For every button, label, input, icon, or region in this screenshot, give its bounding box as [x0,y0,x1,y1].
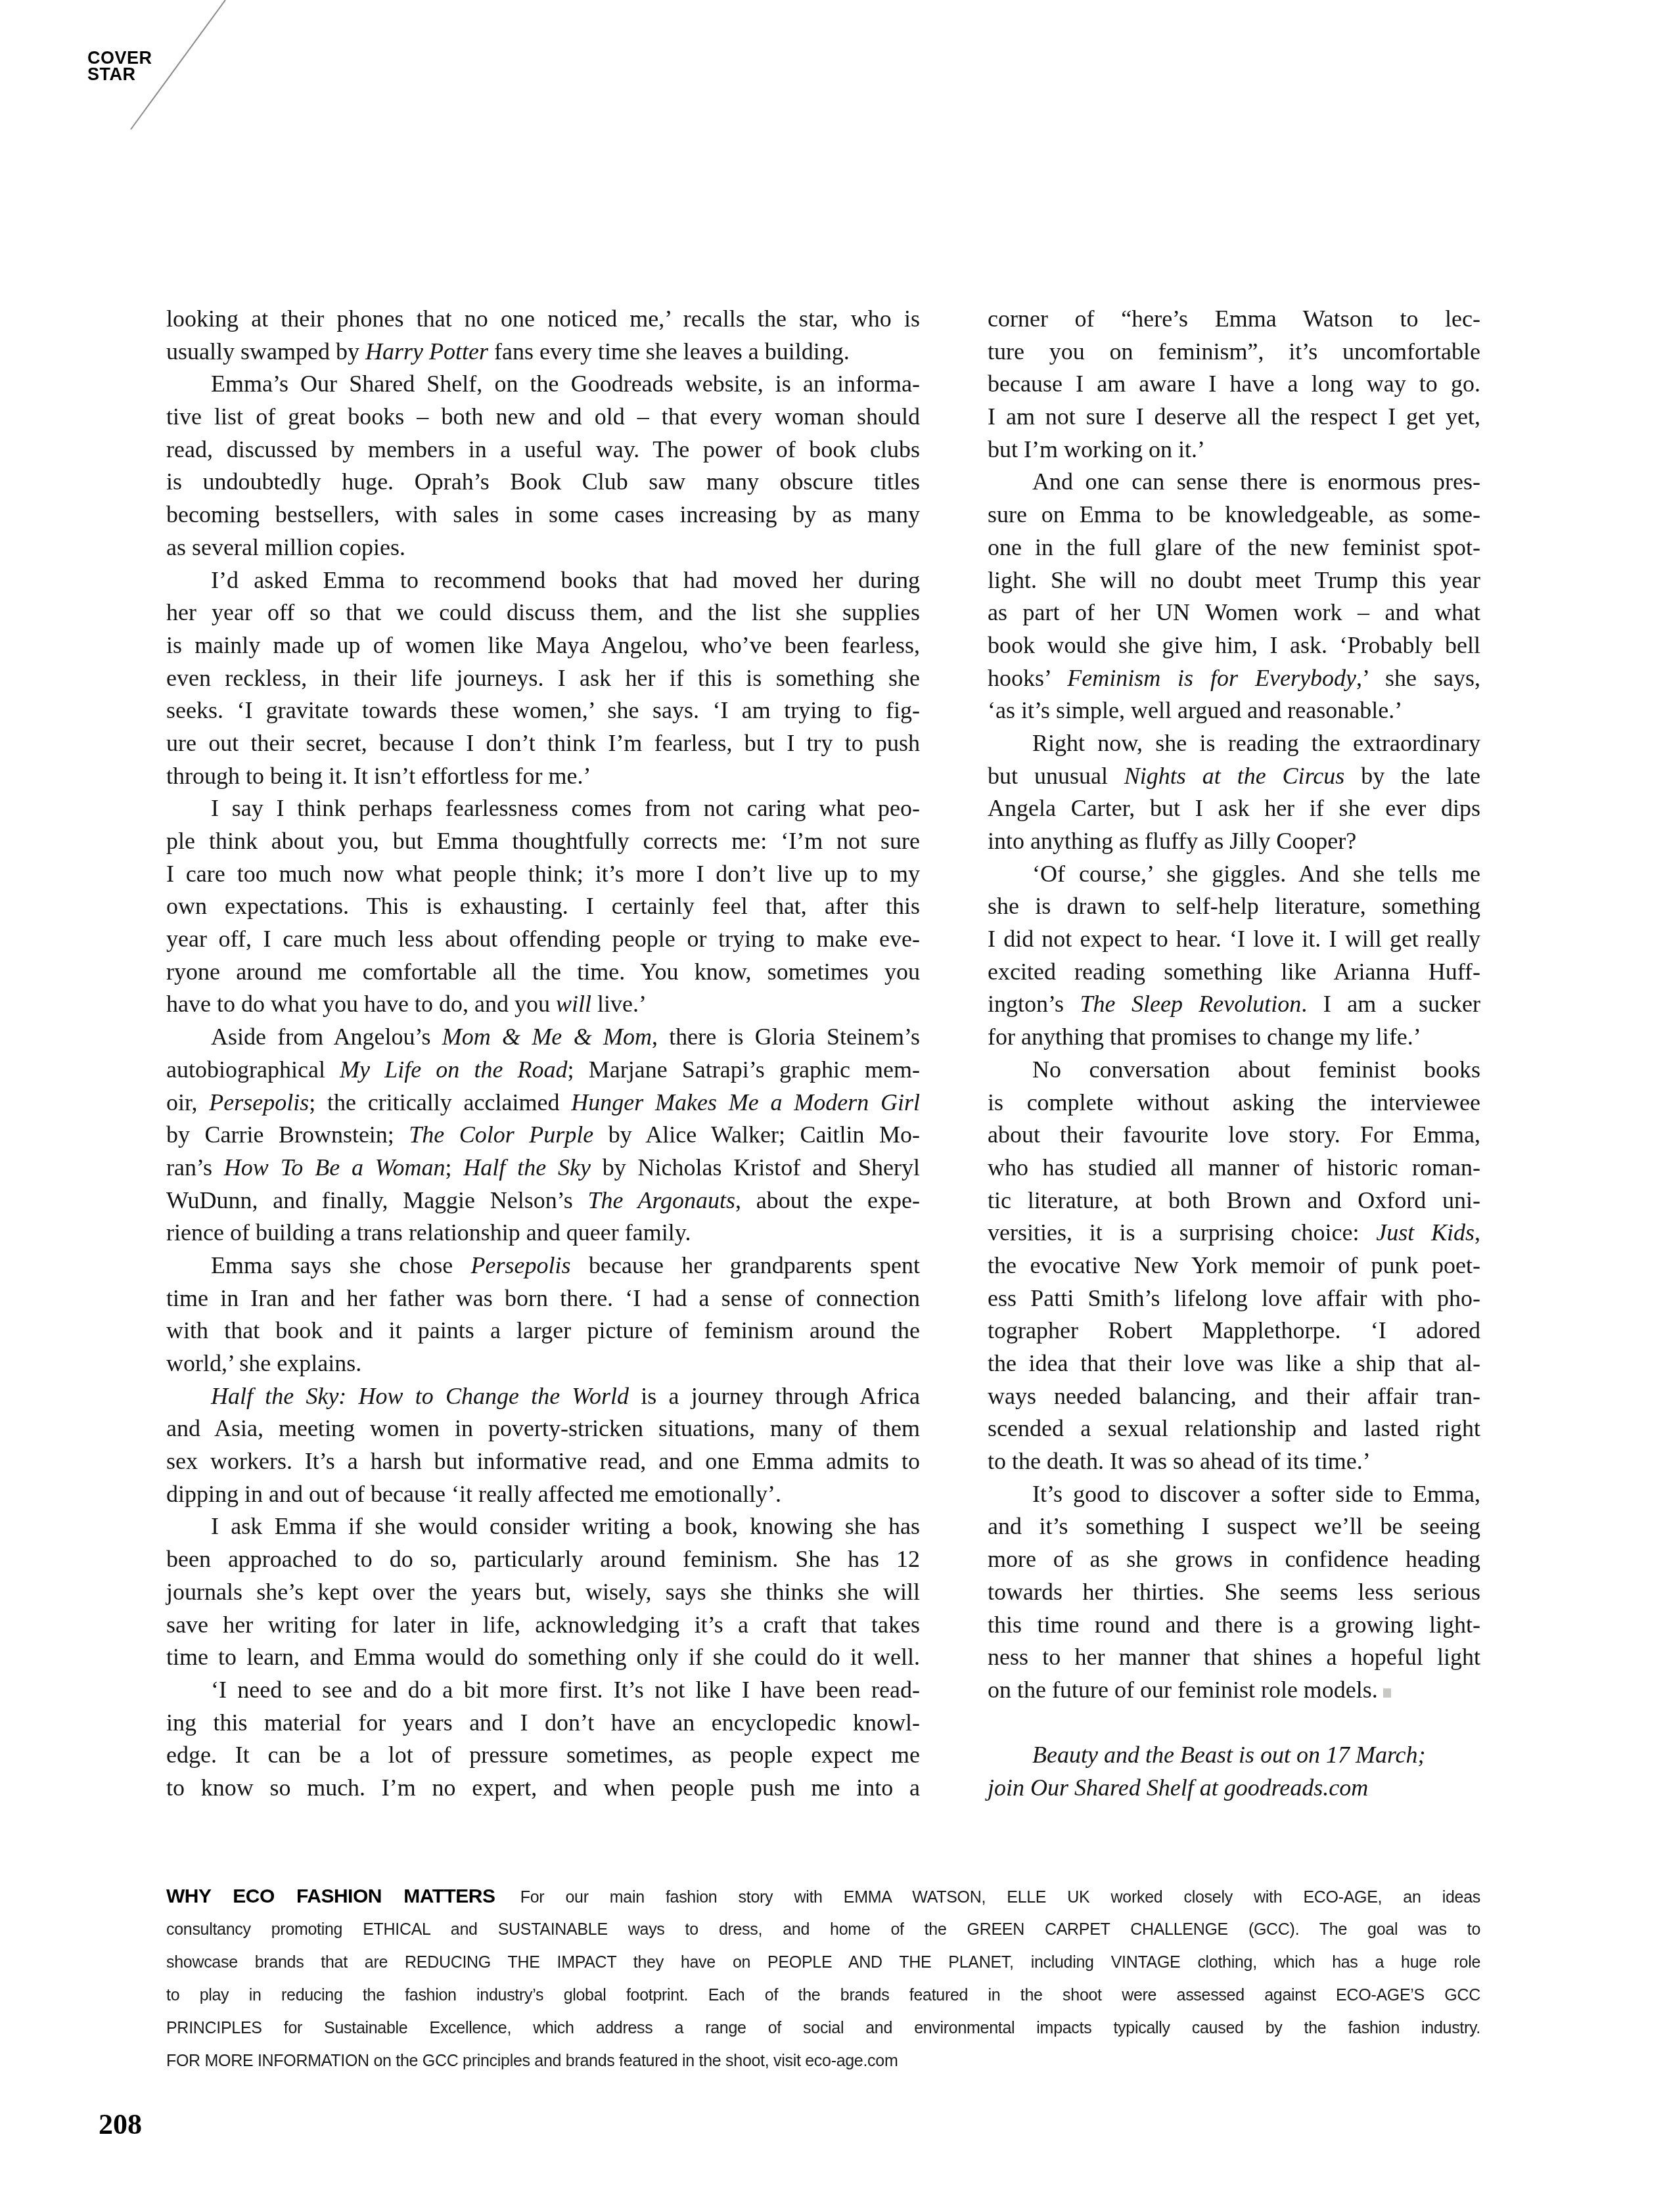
eco-line: WHY ECO FASHION MATTERS For our main fas… [166,1880,1480,1913]
article-line: ran’s How To Be a Woman; Half the Sky by… [166,1152,920,1185]
book-title: Persepolis [471,1252,571,1278]
article-line: because I am aware I have a long way to … [988,368,1480,401]
article-line: ure out their secret, because I don’t th… [166,727,920,760]
article-line: through to being it. It isn’t effortless… [166,760,920,793]
article-line: towards her thirties. She seems less ser… [988,1576,1480,1609]
article-line: she is drawn to self-help literature, so… [988,890,1480,923]
article-line: It’s good to discover a softer side to E… [988,1478,1480,1511]
book-title: My Life on the Road [340,1056,568,1083]
book-title: Half the Sky [463,1154,591,1181]
article-line: on the future of our feminist role model… [988,1674,1480,1707]
book-title: Half the Sky: How to Change the World [211,1383,629,1409]
article-line: as several million copies. [166,531,920,564]
article-line: usually swamped by Harry Potter fans eve… [166,336,920,369]
article-line: with that book and it paints a larger pi… [166,1315,920,1347]
article-line: I did not expect to hear. ‘I love it. I … [988,923,1480,956]
article-line: been approached to do so, particularly a… [166,1543,920,1576]
article-line: save her writing for later in life, ackn… [166,1609,920,1642]
article-line: by Carrie Brownstein; The Color Purple b… [166,1119,920,1152]
article-line: tic literature, at both Brown and Oxford… [988,1185,1480,1217]
article-line: ‘as it’s simple, well argued and reasona… [988,694,1480,727]
article-line: autobiographical My Life on the Road; Ma… [166,1054,920,1087]
article-line: year off, I care much less about offendi… [166,923,920,956]
article-line: ess Patti Smith’s lifelong love affair w… [988,1282,1480,1315]
article-line: is complete without asking the interview… [988,1087,1480,1119]
article-line: light. She will no doubt meet Trump this… [988,564,1480,597]
article-line: seeks. ‘I gravitate towards these women,… [166,694,920,727]
eco-line: consultancy promoting ETHICAL and SUSTAI… [166,1913,1480,1946]
article-line: the evocative New York memoir of punk po… [988,1250,1480,1282]
article-line: I care too much now what people think; i… [166,858,920,891]
article-line: looking at their phones that no one noti… [166,303,920,336]
article-line: who has studied all manner of historic r… [988,1152,1480,1185]
article-line: more of as she grows in confidence headi… [988,1543,1480,1576]
article-line: for anything that promises to change my … [988,1021,1480,1054]
article-line: edge. It can be a lot of pressure someti… [166,1739,920,1772]
article-line: ‘Of course,’ she giggles. And she tells … [988,858,1480,891]
book-title: Beauty and the Beast is out on 17 March; [1032,1742,1426,1768]
article-line: corner of “here’s Emma Watson to lec- [988,303,1480,336]
eco-sidebar-title: WHY ECO FASHION MATTERS [166,1885,495,1907]
article-line: versities, it is a surprising choice: Ju… [988,1217,1480,1250]
book-title: Feminism is for Everybody [1067,665,1356,691]
article-line: time to learn, and Emma would do somethi… [166,1641,920,1674]
eco-line: PRINCIPLES for Sustainable Excellence, w… [166,2012,1480,2044]
article-line: ways needed balancing, and their affair … [988,1380,1480,1413]
article-line: the idea that their love was like a ship… [988,1347,1480,1380]
article-right-column: corner of “here’s Emma Watson to lec-tur… [988,303,1480,1805]
eco-line: showcase brands that are REDUCING THE IM… [166,1946,1480,1979]
eco-fashion-sidebar: WHY ECO FASHION MATTERS For our main fas… [166,1880,1480,2077]
article-line: to know so much. I’m no expert, and when… [166,1772,920,1805]
article-line: I say I think perhaps fearlessness comes… [166,792,920,825]
article-left-column: looking at their phones that no one noti… [166,303,920,1805]
book-title: Mom & Me & Mom [442,1024,652,1050]
article-line: one in the full glare of the new feminis… [988,531,1480,564]
article-line: world,’ she explains. [166,1347,920,1380]
book-title: How To Be a Woman [224,1154,446,1181]
article-line: to the death. It was so ahead of its tim… [988,1445,1480,1478]
article-line: time in Iran and her father was born the… [166,1282,920,1315]
article-line: Aside from Angelou’s Mom & Me & Mom, the… [166,1021,920,1054]
article-line: ness to her manner that shines a hopeful… [988,1641,1480,1674]
article-line: but I’m working on it.’ [988,434,1480,466]
article-line: tographer Robert Mapplethorpe. ‘I adored [988,1315,1480,1347]
article-line: Beauty and the Beast is out on 17 March; [988,1739,1480,1772]
article-line: into anything as fluffy as Jilly Cooper? [988,825,1480,858]
page-number: 208 [99,2108,142,2141]
book-title: will [556,991,591,1017]
eco-line: to play in reducing the fashion industry… [166,1979,1480,2012]
article-end-mark-icon [1383,1688,1391,1698]
article-line: Emma says she chose Persepolis because h… [166,1250,920,1282]
eco-line: FOR MORE INFORMATION on the GCC principl… [166,2044,1480,2077]
article-line: journals she’s kept over the years but, … [166,1576,920,1609]
book-title: Harry Potter [365,338,488,365]
article-line: this time round and there is a growing l… [988,1609,1480,1642]
article-line: excited reading something like Arianna H… [988,956,1480,989]
article-line: rience of building a trans relationship … [166,1217,920,1250]
book-title: Hunger Makes Me a Modern Girl [571,1089,920,1116]
book-title: The Sleep Revolution [1080,991,1301,1017]
book-title: Persepolis [209,1089,309,1116]
article-line: oir, Persepolis; the critically acclaime… [166,1087,920,1119]
article-line: ington’s The Sleep Revolution. I am a su… [988,988,1480,1021]
article-line: as part of her UN Women work – and what [988,597,1480,629]
article-line: dipping in and out of because ‘it really… [166,1478,920,1511]
article-line: And one can sense there is enormous pres… [988,466,1480,499]
article-line: read, discussed by members in a useful w… [166,434,920,466]
article-line: No conversation about feminist books [988,1054,1480,1087]
article-line: Emma’s Our Shared Shelf, on the Goodread… [166,368,920,401]
article-line: becoming bestsellers, with sales in some… [166,499,920,531]
article-line: and Asia, meeting women in poverty-stric… [166,1412,920,1445]
article-line: Angela Carter, but I ask her if she ever… [988,792,1480,825]
article-line: but unusual Nights at the Circus by the … [988,760,1480,793]
article-line: Right now, she is reading the extraordin… [988,727,1480,760]
book-title: join Our Shared Shelf at goodreads.com [988,1774,1368,1801]
article-line: and it’s something I suspect we’ll be se… [988,1510,1480,1543]
book-title: Nights at the Circus [1124,763,1344,789]
article-line: I am not sure I deserve all the respect … [988,401,1480,434]
book-title: The Argonauts [587,1187,735,1213]
diagonal-divider-line [0,0,237,138]
article-line: is mainly made up of women like Maya Ang… [166,629,920,662]
article-line: I’d asked Emma to recommend books that h… [166,564,920,597]
article-line: her year off so that we could discuss th… [166,597,920,629]
article-line: even reckless, in their life journeys. I… [166,662,920,695]
article-line [988,1707,1480,1740]
article-line: book would she give him, I ask. ‘Probabl… [988,629,1480,662]
article-line: is undoubtedly huge. Oprah’s Book Club s… [166,466,920,499]
article-line: own expectations. This is exhausting. I … [166,890,920,923]
article-line: about their favourite love story. For Em… [988,1119,1480,1152]
article-line: WuDunn, and finally, Maggie Nelson’s The… [166,1185,920,1217]
article-line: ryone around me comfortable all the time… [166,956,920,989]
article-line: Half the Sky: How to Change the World is… [166,1380,920,1413]
article-line: ing this material for years and I don’t … [166,1707,920,1740]
article-line: sure on Emma to be knowledgeable, as som… [988,499,1480,531]
article-line: ture you on feminism”, it’s uncomfortabl… [988,336,1480,369]
article-line: join Our Shared Shelf at goodreads.com [988,1772,1480,1805]
book-title: The Color Purple [409,1121,593,1148]
article-line: ‘I need to see and do a bit more first. … [166,1674,920,1707]
article-line: have to do what you have to do, and you … [166,988,920,1021]
article-line: hooks’ Feminism is for Everybody,’ she s… [988,662,1480,695]
article-line: scended a sexual relationship and lasted… [988,1412,1480,1445]
article-line: tive list of great books – both new and … [166,401,920,434]
article-line: sex workers. It’s a harsh but informativ… [166,1445,920,1478]
article-line: I ask Emma if she would consider writing… [166,1510,920,1543]
book-title: Just Kids [1376,1219,1475,1246]
article-line: ple think about you, but Emma thoughtful… [166,825,920,858]
